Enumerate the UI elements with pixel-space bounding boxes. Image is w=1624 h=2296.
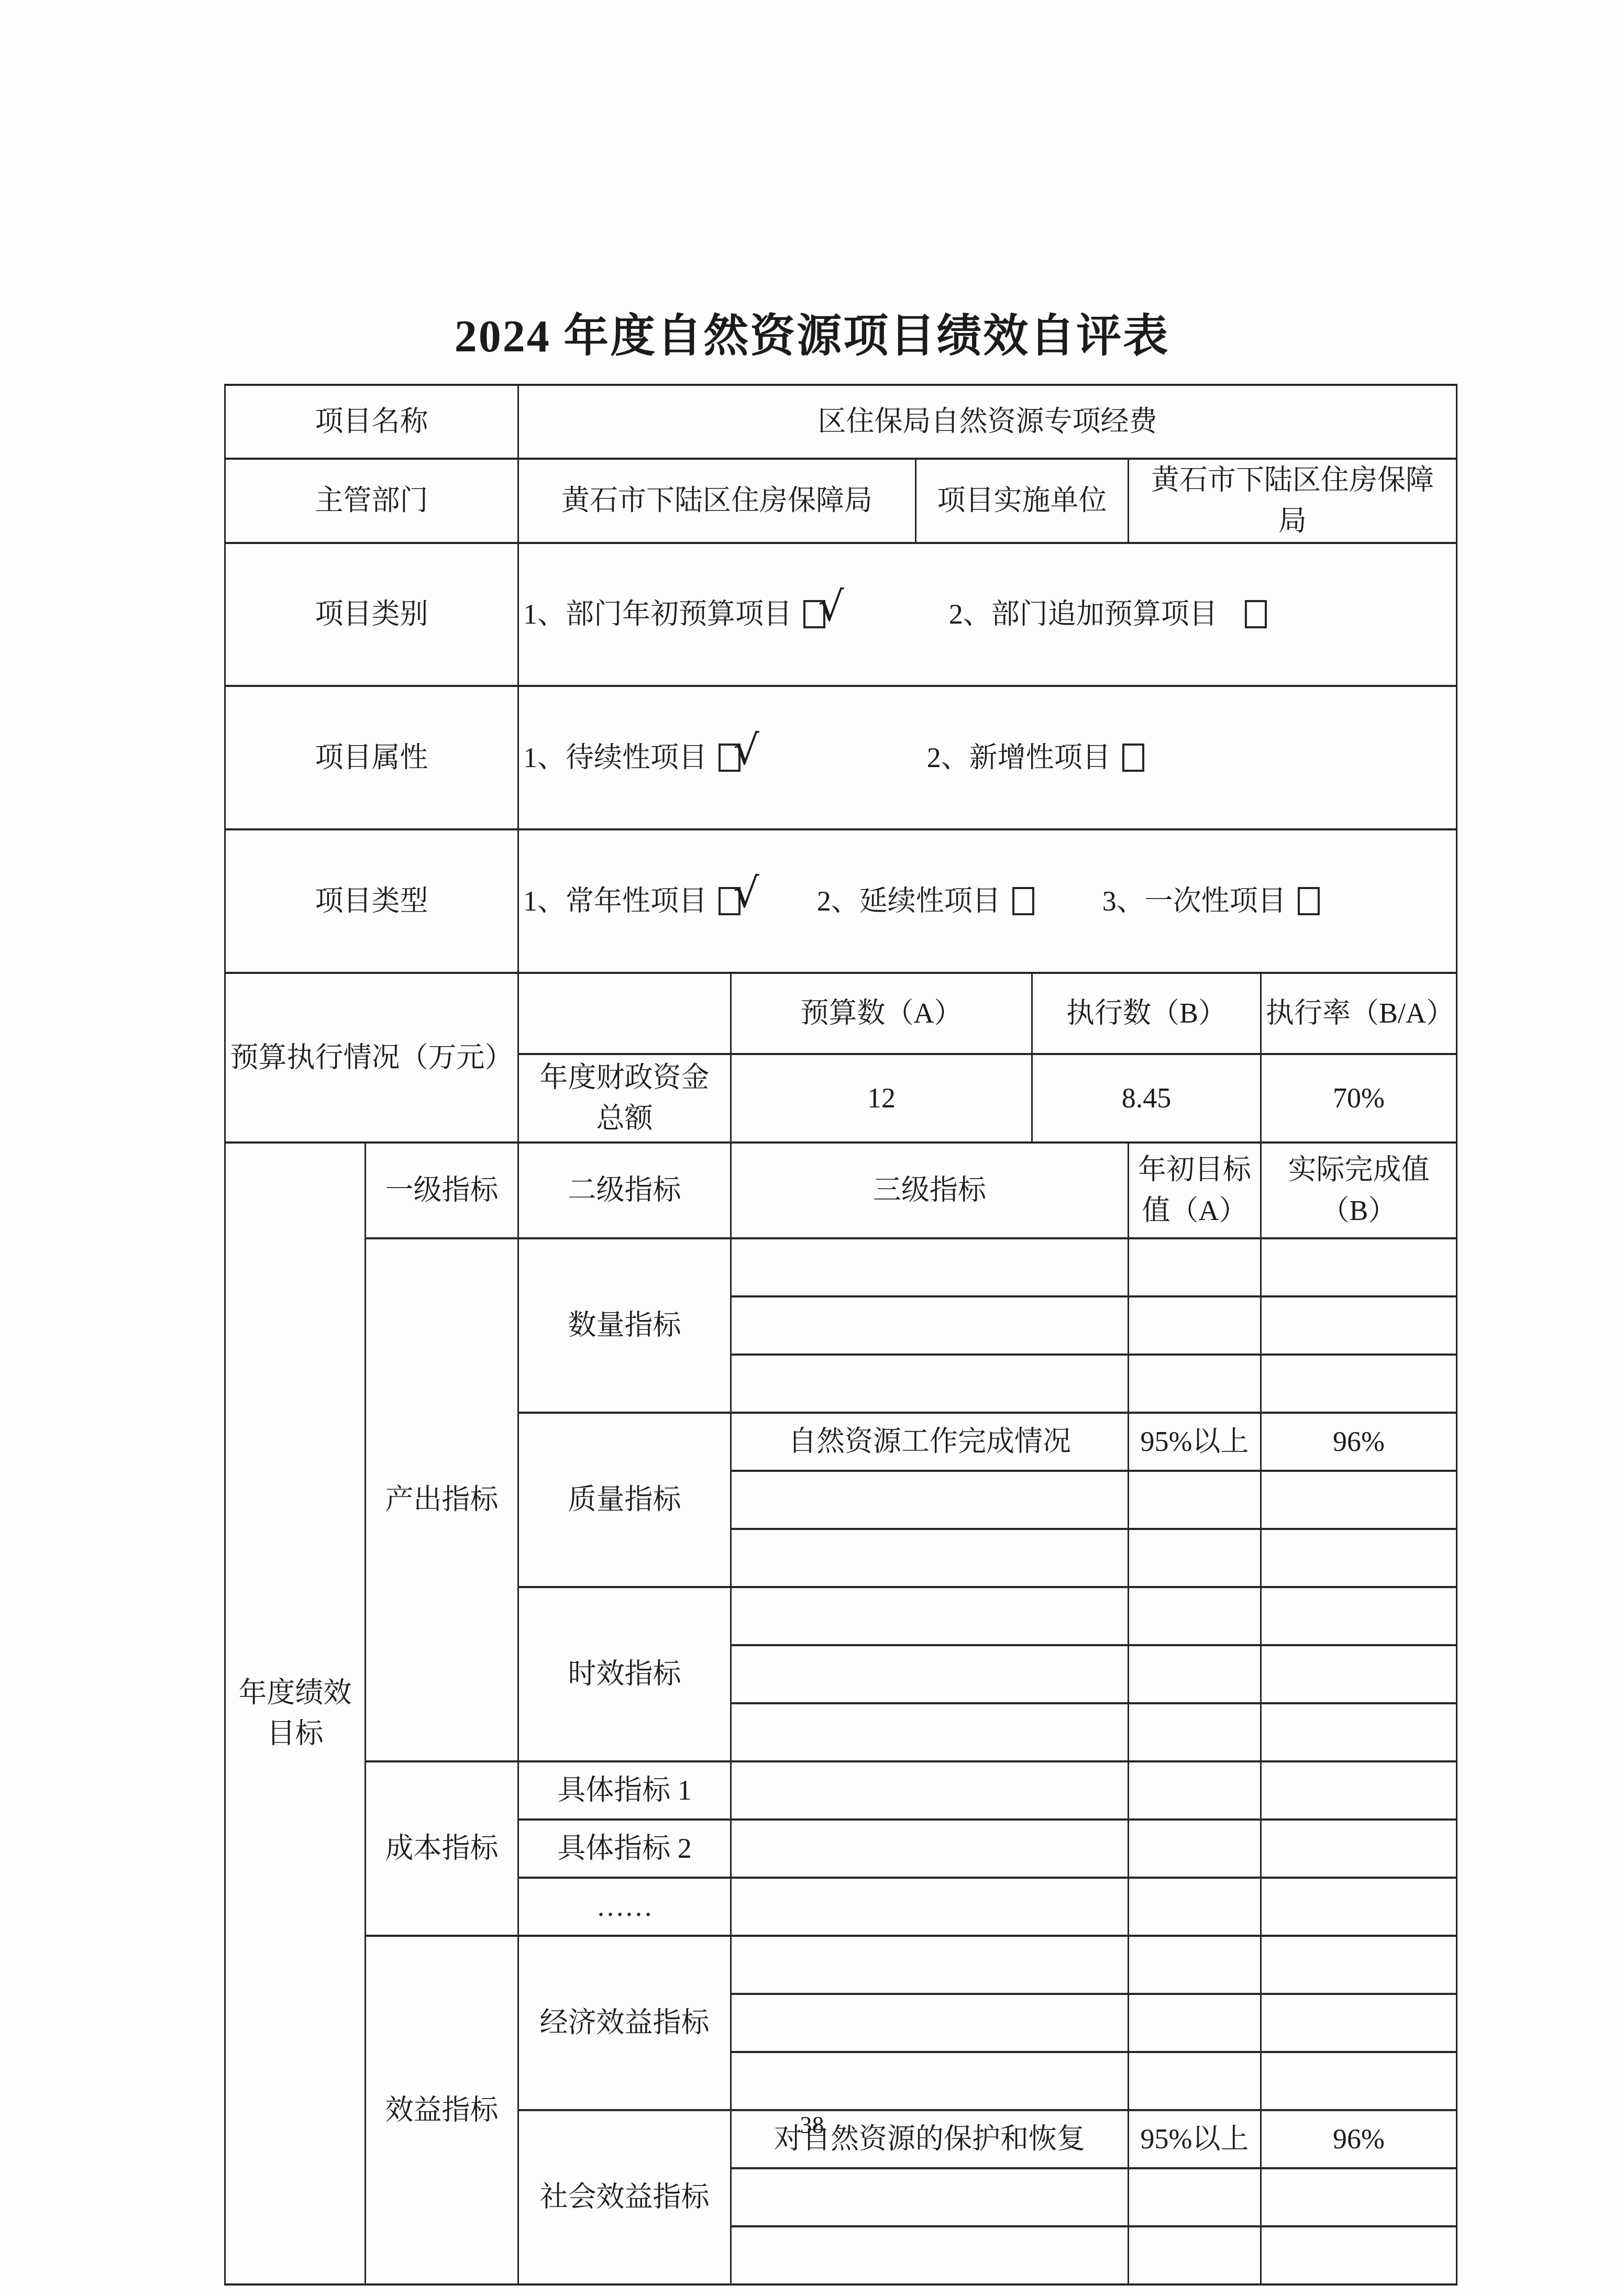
annual-funds-label: 年度财政资金 总额 <box>518 1054 731 1143</box>
empty-cell <box>1129 1820 1261 1878</box>
table-row: 年度绩效 目标 一级指标 二级指标 三级指标 年初目标 值（A） 实际完成值 （… <box>225 1143 1457 1238</box>
attribute-label: 项目属性 <box>225 686 518 829</box>
attribute-option-1-label: 1、待续性项目 <box>523 737 707 778</box>
target-value-header: 年初目标 值（A） <box>1129 1143 1261 1238</box>
empty-cell <box>731 1994 1129 2052</box>
empty-cell <box>731 1355 1129 1413</box>
attribute-option-2-label: 2、新增性项目 <box>927 737 1111 778</box>
empty-cell <box>1129 1238 1261 1296</box>
empty-cell <box>1261 1529 1457 1587</box>
empty-cell <box>731 2226 1129 2284</box>
empty-cell <box>1261 1994 1457 2052</box>
empty-cell <box>731 1703 1129 1761</box>
empty-cell <box>1261 1355 1457 1413</box>
checkbox-category-additional-budget <box>1245 600 1267 628</box>
page-title: 2024 年度自然资源项目绩效自评表 <box>0 300 1624 364</box>
empty-cell <box>731 2052 1129 2110</box>
empty-cell <box>1261 1645 1457 1703</box>
empty-cell <box>731 1296 1129 1355</box>
check-mark-icon: √ <box>733 864 759 923</box>
check-mark-icon: √ <box>733 721 759 780</box>
empty-cell <box>1261 1878 1457 1936</box>
level2-indicator-header: 二级指标 <box>518 1143 731 1238</box>
benefit-indicator-label: 效益指标 <box>366 1936 518 2284</box>
page-number: 38 <box>0 2111 1624 2139</box>
impl-unit-value: 黄石市下陆区住房保障 局 <box>1129 459 1457 543</box>
empty-cell <box>1261 1820 1457 1878</box>
empty-cell <box>1261 1936 1457 1994</box>
checkbox-type-continuation <box>1012 887 1034 915</box>
empty-cell <box>1129 1471 1261 1529</box>
quantity-indicator-label: 数量指标 <box>518 1238 731 1413</box>
scanned-document-page: 2024 年度自然资源项目绩效自评表 项目名称 区住保局自然资源专项经费 主管部… <box>0 0 1624 2296</box>
empty-cell <box>1261 1761 1457 1820</box>
empty-cell <box>1261 2226 1457 2284</box>
empty-cell <box>1129 1936 1261 1994</box>
category-option-1-label: 1、部门年初预算项目 <box>523 594 792 635</box>
budget-col-header: 预算数（A） <box>731 973 1032 1054</box>
empty-cell <box>731 1761 1129 1820</box>
level3-indicator-header: 三级指标 <box>731 1143 1129 1238</box>
dept-value: 黄石市下陆区住房保障局 <box>518 459 916 543</box>
empty-cell <box>731 1820 1129 1878</box>
table-row: 产出指标 数量指标 <box>225 1238 1457 1296</box>
empty-cell <box>1129 1355 1261 1413</box>
type-options: 1、常年性项目 √ 2、延续性项目 3、一次性项目 <box>518 829 1457 973</box>
empty-cell <box>1129 1529 1261 1587</box>
project-name-label: 项目名称 <box>225 385 518 459</box>
type-option-1-label: 1、常年性项目 <box>523 881 707 922</box>
empty-cell <box>1261 1296 1457 1355</box>
empty-cell <box>731 1471 1129 1529</box>
table-row: 效益指标 经济效益指标 <box>225 1936 1457 1994</box>
cost-item-1-label: 具体指标 1 <box>518 1761 731 1820</box>
budget-section-label: 预算执行情况（万元） <box>225 973 518 1143</box>
empty-cell <box>1261 1703 1457 1761</box>
table-row: 项目类别 1、部门年初预算项目 √ 2、部门追加预算项目 <box>225 543 1457 686</box>
table-row: 项目类型 1、常年性项目 √ 2、延续性项目 3、一次性项目 <box>225 829 1457 973</box>
empty-cell <box>1261 2052 1457 2110</box>
empty-cell <box>1261 1238 1457 1296</box>
empty-cell <box>1129 1645 1261 1703</box>
empty-cell <box>1129 2168 1261 2226</box>
empty-cell <box>518 973 731 1054</box>
timeliness-indicator-label: 时效指标 <box>518 1587 731 1761</box>
empty-cell <box>731 2168 1129 2226</box>
impl-unit-label: 项目实施单位 <box>916 459 1129 543</box>
table-row: 成本指标 具体指标 1 <box>225 1761 1457 1820</box>
empty-cell <box>1261 2168 1457 2226</box>
table-row: 项目属性 1、待续性项目 √ 2、新增性项目 <box>225 686 1457 829</box>
type-option-2-label: 2、延续性项目 <box>817 881 1001 922</box>
empty-cell <box>1129 2226 1261 2284</box>
category-option-2-label: 2、部门追加预算项目 <box>949 594 1218 635</box>
level1-indicator-header: 一级指标 <box>366 1143 518 1238</box>
quality-indicator-name: 自然资源工作完成情况 <box>731 1413 1129 1471</box>
category-label: 项目类别 <box>225 543 518 686</box>
check-mark-icon: √ <box>818 578 844 637</box>
empty-cell <box>1129 1703 1261 1761</box>
table-row: 预算执行情况（万元） 预算数（A） 执行数（B） 执行率（B/A） <box>225 973 1457 1054</box>
type-label: 项目类型 <box>225 829 518 973</box>
empty-cell <box>1261 1471 1457 1529</box>
empty-cell <box>731 1529 1129 1587</box>
empty-cell <box>1129 1296 1261 1355</box>
actual-value-header: 实际完成值 （B） <box>1261 1143 1457 1238</box>
cost-indicator-label: 成本指标 <box>366 1761 518 1936</box>
rate-col-header: 执行率（B/A） <box>1261 973 1457 1054</box>
empty-cell <box>731 1645 1129 1703</box>
empty-cell <box>1129 1587 1261 1645</box>
self-evaluation-table: 项目名称 区住保局自然资源专项经费 主管部门 黄石市下陆区住房保障局 项目实施单… <box>224 384 1457 2286</box>
empty-cell <box>1129 1878 1261 1936</box>
empty-cell <box>1129 1994 1261 2052</box>
cost-item-2-label: 具体指标 2 <box>518 1820 731 1878</box>
attribute-options: 1、待续性项目 √ 2、新增性项目 <box>518 686 1457 829</box>
rate-value: 70% <box>1261 1054 1457 1143</box>
table-row: 主管部门 黄石市下陆区住房保障局 项目实施单位 黄石市下陆区住房保障 局 <box>225 459 1457 543</box>
project-name-value: 区住保局自然资源专项经费 <box>518 385 1457 459</box>
budget-value: 12 <box>731 1054 1032 1143</box>
type-option-3-label: 3、一次性项目 <box>1102 881 1286 922</box>
checkbox-attribute-new <box>1122 744 1144 772</box>
execution-value: 8.45 <box>1032 1054 1261 1143</box>
cost-item-ellipsis: …… <box>518 1878 731 1936</box>
empty-cell <box>1129 1761 1261 1820</box>
empty-cell <box>731 1587 1129 1645</box>
empty-cell <box>1129 2052 1261 2110</box>
checkbox-type-one-time <box>1298 887 1320 915</box>
quality-indicator-actual: 96% <box>1261 1413 1457 1471</box>
economic-benefit-label: 经济效益指标 <box>518 1936 731 2110</box>
output-indicator-label: 产出指标 <box>366 1238 518 1761</box>
quality-indicator-label: 质量指标 <box>518 1413 731 1587</box>
empty-cell <box>731 1238 1129 1296</box>
empty-cell <box>1261 1587 1457 1645</box>
quality-indicator-target: 95%以上 <box>1129 1413 1261 1471</box>
empty-cell <box>731 1878 1129 1936</box>
table-row: 项目名称 区住保局自然资源专项经费 <box>225 385 1457 459</box>
category-options: 1、部门年初预算项目 √ 2、部门追加预算项目 <box>518 543 1457 686</box>
empty-cell <box>731 1936 1129 1994</box>
execution-col-header: 执行数（B） <box>1032 973 1261 1054</box>
dept-label: 主管部门 <box>225 459 518 543</box>
